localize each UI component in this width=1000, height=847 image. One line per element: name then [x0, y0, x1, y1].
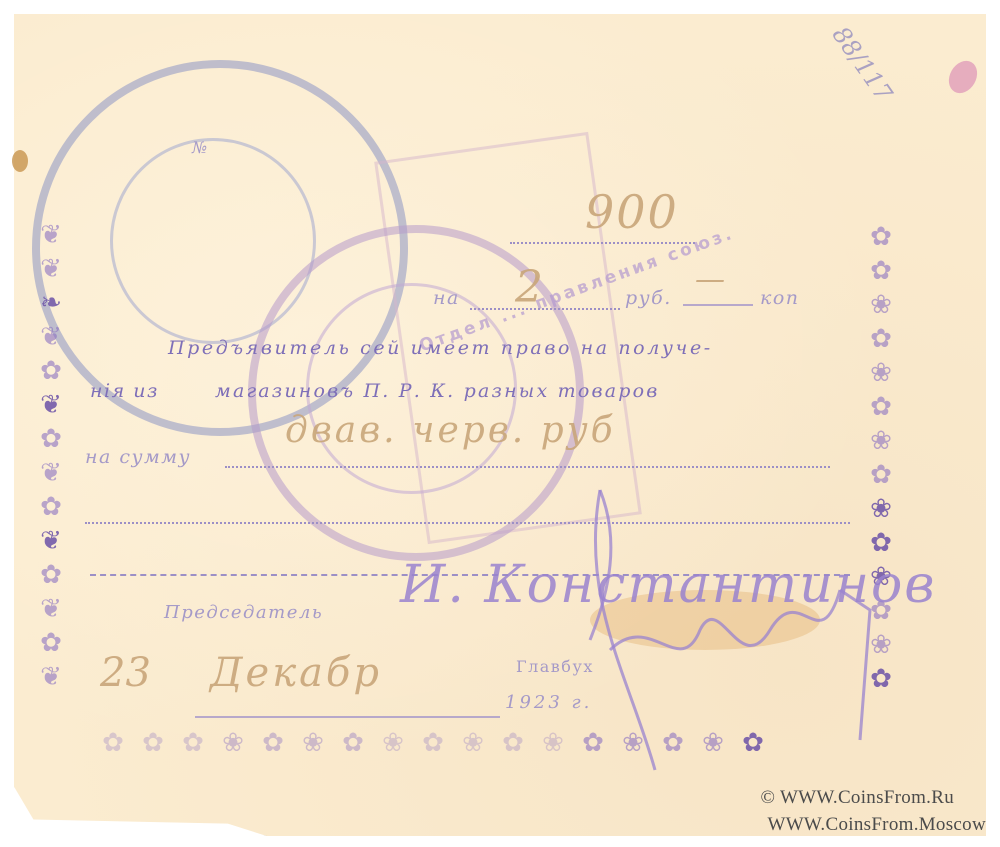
body-line-1: Предъявитель сей имеет право на получе-: [168, 337, 713, 359]
ornament-icon: ❀: [868, 358, 894, 388]
ornament-icon: ❦: [38, 390, 64, 420]
rub-label: руб.: [625, 287, 672, 309]
number-prefix: №: [192, 138, 209, 157]
ornament-icon: ❀: [460, 728, 486, 758]
accountant-signature-scrawl: [570, 480, 890, 780]
kopecks-line: [683, 304, 753, 306]
ornament-icon: ❀: [300, 728, 326, 758]
ornament-icon: ✿: [868, 392, 894, 422]
ornament-icon: ✿: [180, 728, 206, 758]
ornament-icon: ❦: [38, 458, 64, 488]
ornament-icon: ✿: [38, 492, 64, 522]
body-line-2-prefix: нія из: [90, 380, 159, 402]
ornament-icon: ✿: [868, 222, 894, 252]
kopecks-handwritten: —: [695, 262, 725, 297]
ornament-icon: ✿: [340, 728, 366, 758]
date-month-handwritten: Декабр: [210, 650, 382, 696]
ornament-icon: ❦: [38, 526, 64, 556]
ornament-icon: ❦: [38, 662, 64, 692]
serial-handwritten: 900: [585, 185, 679, 239]
ornament-icon: ❧: [38, 288, 64, 318]
sum-label: на сумму: [85, 446, 191, 468]
ornament-icon: ✿: [38, 424, 64, 454]
watermark-line-2: WWW.CoinsFrom.Moscow: [767, 814, 986, 836]
rubles-handwritten: 2: [515, 262, 543, 313]
ornament-icon: ✿: [868, 324, 894, 354]
ornament-icon: ✿: [868, 256, 894, 286]
ornament-icon: ✿: [38, 356, 64, 386]
chairman-label: Председатель: [164, 602, 323, 623]
ornament-icon: ✿: [260, 728, 286, 758]
serial-line: [510, 242, 695, 244]
sum-handwritten: двав. черв. руб: [285, 410, 616, 451]
ornament-icon: ✿: [420, 728, 446, 758]
date-day-handwritten: 23: [100, 650, 151, 696]
watermark-line-1: © WWW.CoinsFrom.Ru: [761, 787, 955, 809]
ornament-icon: ❦: [38, 220, 64, 250]
ornament-icon: ✿: [100, 728, 126, 758]
sum-line-1: [225, 466, 830, 468]
body-line-2: магазиновъ П. Р. К. разных товаров: [215, 380, 660, 402]
ornament-icon: ✿: [140, 728, 166, 758]
kop-label: коп: [760, 287, 800, 309]
stain-left: [12, 150, 28, 172]
amount-prefix: на: [433, 287, 460, 309]
left-ornament-border: ❦ ❦ ❧ ❦ ✿ ❦ ✿ ❦ ✿ ❦ ✿ ❦ ✿ ❦: [38, 220, 64, 692]
ornament-icon: ❦: [38, 594, 64, 624]
ornament-icon: ✿: [38, 560, 64, 590]
ornament-icon: ❀: [868, 290, 894, 320]
rubles-line: [470, 308, 620, 310]
ornament-icon: ❀: [540, 728, 566, 758]
ornament-icon: ❀: [380, 728, 406, 758]
date-year: 1923 г.: [505, 692, 592, 713]
ornament-icon: ✿: [38, 628, 64, 658]
ornament-icon: ❀: [868, 426, 894, 456]
ornament-icon: ❦: [38, 322, 64, 352]
date-line: [195, 716, 500, 718]
ornament-icon: ❦: [38, 254, 64, 284]
ornament-icon: ✿: [500, 728, 526, 758]
ornament-icon: ❀: [220, 728, 246, 758]
